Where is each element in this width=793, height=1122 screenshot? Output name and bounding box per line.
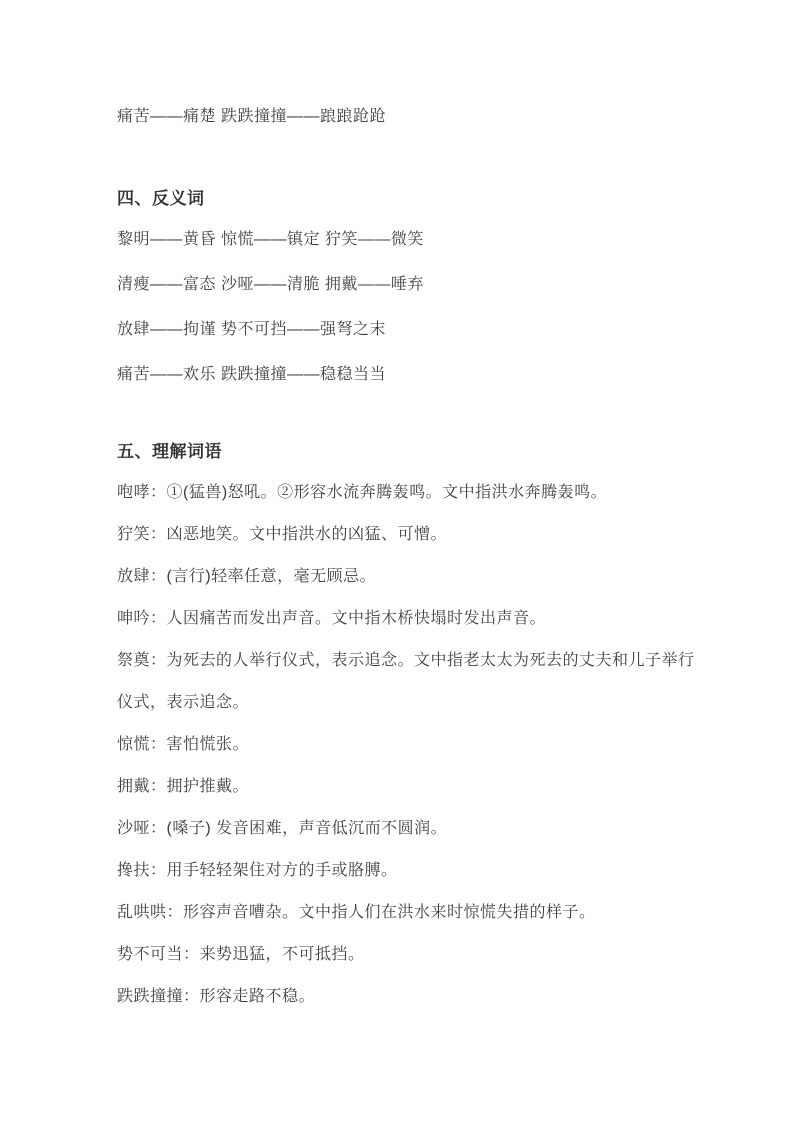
definition-line: 狞笑：凶恶地笑。文中指洪水的凶猛、可憎。 (117, 526, 447, 544)
definition-line: 祭奠：为死去的人举行仪式，表示追念。文中指老太太为死去的丈夫和儿子举行 (117, 652, 695, 670)
definition-line: 呻吟：人因痛苦而发出声音。文中指木桥快塌时发出声音。 (117, 610, 546, 628)
definition-line: 咆哮：①(猛兽)怒吼。②形容水流奔腾轰鸣。文中指洪水奔腾轰鸣。 (117, 484, 607, 502)
section-heading-word-meanings: 五、理解词语 (117, 442, 222, 461)
antonym-pair-line: 放肆——拘谨 势不可挡——强弩之末 (117, 321, 386, 339)
definition-line-wrap: 仪式，表示追念。 (117, 694, 249, 712)
definition-line: 势不可当：来势迅猛，不可抵挡。 (117, 946, 365, 964)
antonym-pair-line: 清瘦——富态 沙哑——清脆 拥戴——唾弃 (117, 276, 424, 294)
definition-line: 搀扶：用手轻轻架住对方的手或胳膊。 (117, 862, 398, 880)
synonym-pair-line: 痛苦——痛楚 跌跌撞撞——踉踉跄跄 (117, 108, 386, 126)
antonym-pair-line: 黎明——黄昏 惊慌——镇定 狞笑——微笑 (117, 231, 424, 249)
definition-line: 惊慌：害怕慌张。 (117, 736, 249, 754)
definition-line: 拥戴：拥护推戴。 (117, 778, 249, 796)
antonym-pair-line: 痛苦——欢乐 跌跌撞撞——稳稳当当 (117, 366, 386, 384)
section-heading-antonyms: 四、反义词 (117, 189, 205, 208)
definition-line: 跌跌撞撞：形容走路不稳。 (117, 988, 315, 1006)
document-page: 痛苦——痛楚 跌跌撞撞——踉踉跄跄 四、反义词 黎明——黄昏 惊慌——镇定 狞笑… (0, 0, 793, 1122)
definition-line: 沙哑：(嗓子) 发音困难，声音低沉而不圆润。 (117, 820, 447, 838)
definition-line: 放肆：(言行)轻率任意，毫无顾忌。 (117, 568, 376, 586)
definition-line: 乱哄哄：形容声音嘈杂。文中指人们在洪水来时惊慌失措的样子。 (117, 904, 596, 922)
